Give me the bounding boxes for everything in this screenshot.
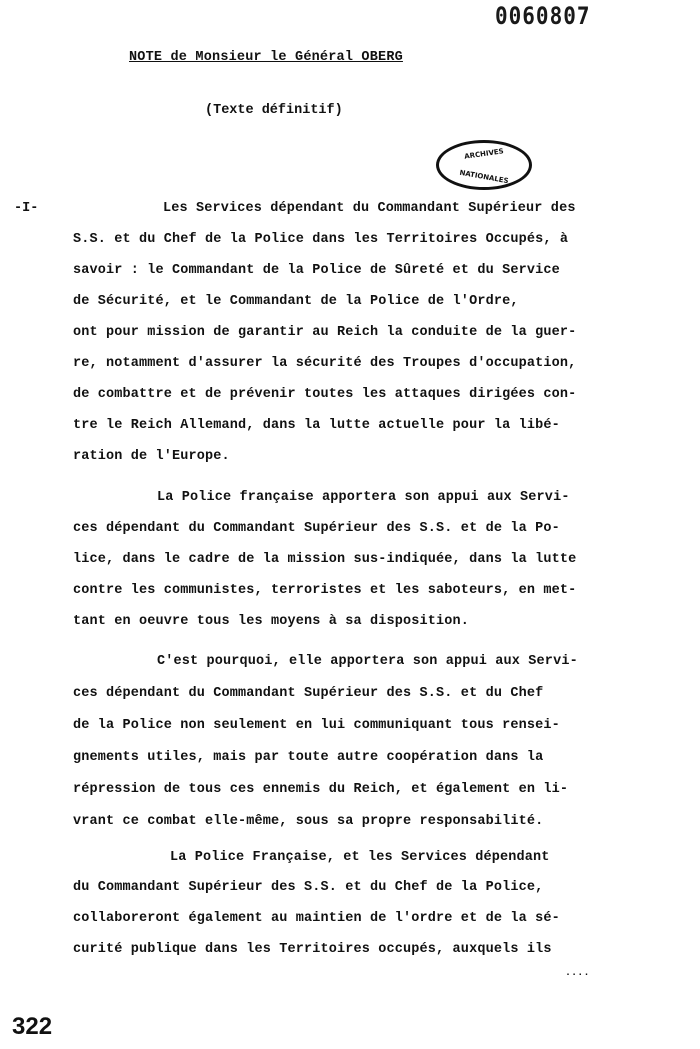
body-line: curité publique dans les Territoires occ…: [73, 942, 552, 957]
body-line: lice, dans le cadre de la mission sus-in…: [73, 552, 576, 567]
body-line: du Commandant Supérieur des S.S. et du C…: [73, 880, 543, 895]
section-marker: -I-: [14, 201, 38, 216]
body-line: La Police Française, et les Services dép…: [170, 850, 550, 865]
body-line: collaboreront également au maintien de l…: [73, 911, 560, 926]
body-line: ces dépendant du Commandant Supérieur de…: [73, 686, 543, 701]
body-line: savoir : le Commandant de la Police de S…: [73, 263, 560, 278]
body-line: de combattre et de prévenir toutes les a…: [73, 387, 576, 402]
body-line: re, notamment d'assurer la sécurité des …: [73, 356, 576, 371]
body-line: La Police française apportera son appui …: [157, 490, 570, 505]
archives-seal-stamp: ARCHIVES NATIONALES: [436, 140, 532, 190]
continuation-mark: ....: [565, 968, 590, 979]
page-number: 322: [12, 1013, 52, 1041]
body-line: tant en oeuvre tous les moyens à sa disp…: [73, 614, 469, 629]
archive-number: 0060807: [495, 2, 591, 30]
seal-top-text: ARCHIVES: [439, 144, 529, 164]
body-line: vrant ce combat elle-même, sous sa propr…: [73, 814, 543, 829]
body-line: gnements utiles, mais par toute autre co…: [73, 750, 543, 765]
body-line: de Sécurité, et le Commandant de la Poli…: [73, 294, 519, 309]
seal-bottom-text: NATIONALES: [439, 165, 529, 189]
body-line: ces dépendant du Commandant Supérieur de…: [73, 521, 560, 536]
body-line: tre le Reich Allemand, dans la lutte act…: [73, 418, 560, 433]
body-line: de la Police non seulement en lui commun…: [73, 718, 560, 733]
document-subtitle: (Texte définitif): [205, 103, 343, 118]
body-line: C'est pourquoi, elle apportera son appui…: [157, 654, 578, 669]
body-line: S.S. et du Chef de la Police dans les Te…: [73, 232, 568, 247]
document-page: 0060807 NOTE de Monsieur le Général OBER…: [0, 0, 700, 1049]
document-title: NOTE de Monsieur le Général OBERG: [129, 50, 403, 65]
body-line: ration de l'Europe.: [73, 449, 230, 464]
body-line: contre les communistes, terroristes et l…: [73, 583, 576, 598]
body-line: ont pour mission de garantir au Reich la…: [73, 325, 576, 340]
body-line: Les Services dépendant du Commandant Sup…: [163, 201, 576, 216]
body-line: répression de tous ces ennemis du Reich,…: [73, 782, 568, 797]
